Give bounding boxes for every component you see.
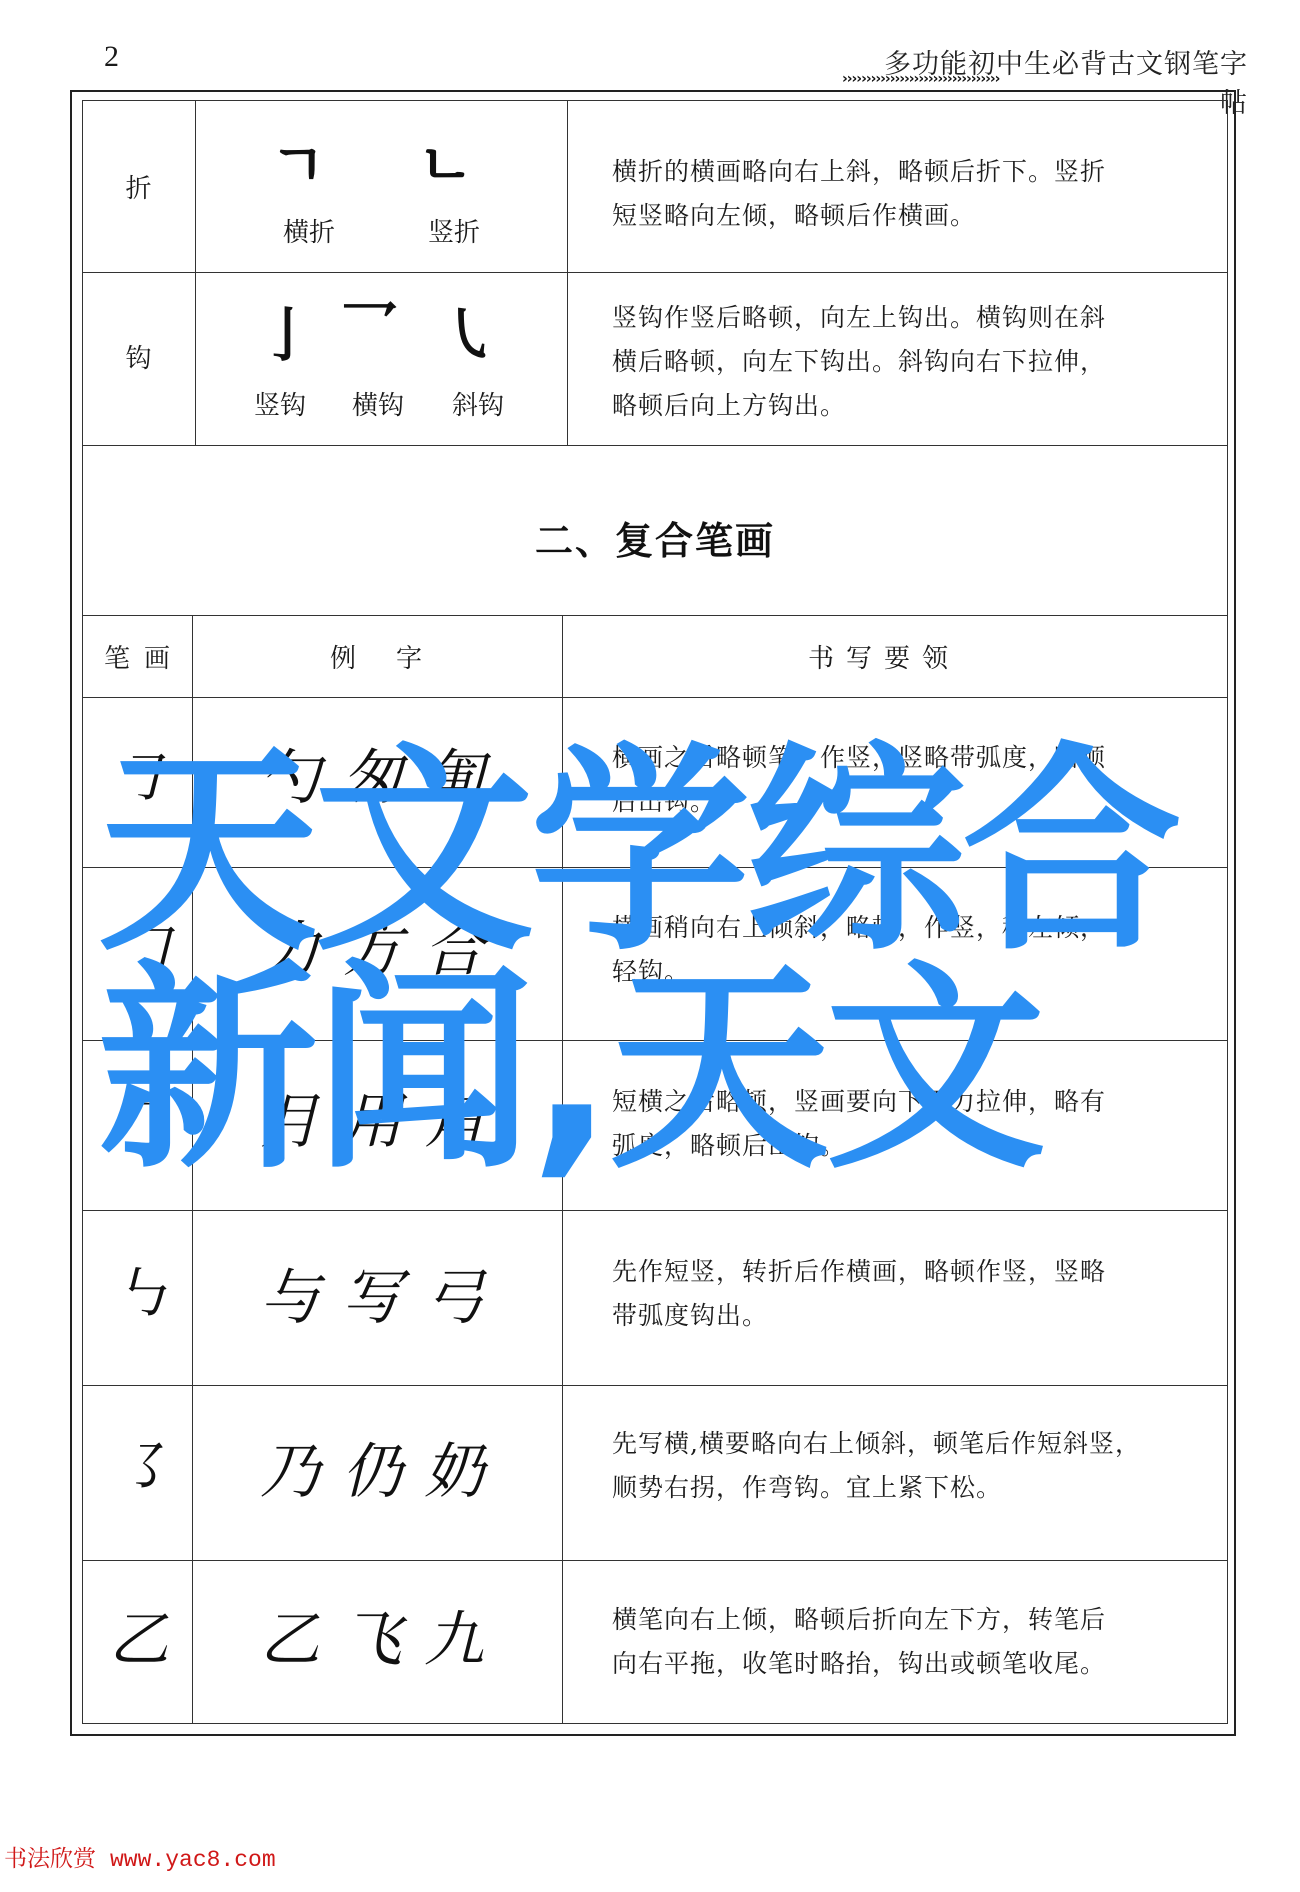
overlay-headline-line2: 新闻,天文 (98, 960, 1042, 1180)
watermark-url[interactable]: www.yac8.com (110, 1847, 276, 1873)
compound-stroke-glyph: ㇌ (82, 1420, 196, 1506)
example-characters: 乙飞九 (196, 1592, 570, 1678)
compound-stroke-glyph: 乙 (82, 1592, 196, 1678)
row-divider (82, 1385, 1228, 1386)
row-divider (82, 1210, 1228, 1211)
stroke-name: 斜钩 (452, 385, 504, 422)
watermark: 书法欣赏www.yac8.com (4, 1840, 276, 1873)
decorative-arrow-strip: ››››››››››››››››››››››››››››››››› (842, 72, 1242, 86)
example-characters: 乃仍奶 (196, 1424, 570, 1510)
column-header-examples: 例字 (330, 638, 462, 675)
row-divider (82, 1560, 1228, 1561)
stroke-name: 横折 (283, 212, 335, 249)
watermark-site-name: 书法欣赏 (4, 1846, 96, 1872)
stroke-sample-xiegou: ㇂ (440, 288, 498, 372)
stroke-sample-hengzhe: ㄱ (270, 118, 326, 202)
compound-stroke-glyph: ㇉ (82, 1246, 196, 1332)
writing-tip: 横笔向右上倾，略顿后折向左下方，转笔后 向右平拖，收笔时略抬，钩出或顿笔收尾。 (612, 1598, 1192, 1686)
column-header-stroke: 笔画 (104, 638, 184, 675)
row-divider (82, 615, 1228, 616)
column-header-tips: 书写要领 (808, 638, 960, 675)
stroke-sample-shugou: 亅 (258, 288, 316, 372)
writing-tip: 先写横,横要略向右上倾斜，顿笔后作短斜竖， 顺势右拐，作弯钩。宜上紧下松。 (612, 1422, 1192, 1510)
page-number: 2 (104, 40, 119, 74)
stroke-category-label: 折 (82, 168, 195, 205)
stroke-name: 横钩 (352, 385, 404, 422)
writing-tip: 竖钩作竖后略顿，向左上钩出。横钩则在斜 横后略顿，向左下钩出。斜钩向右下拉伸， … (612, 296, 1192, 428)
stroke-sample-henggou: 乛 (340, 282, 398, 366)
stroke-category-label: 钩 (82, 338, 195, 375)
row-divider (82, 697, 1228, 698)
overlay-headline-line1: 天文学综合 (98, 742, 1178, 962)
stroke-name: 竖钩 (254, 385, 306, 422)
row-divider (82, 445, 1228, 446)
stroke-sample-shuzhe: ㄴ (418, 118, 474, 202)
writing-tip: 横折的横画略向右上斜，略顿后折下。竖折 短竖略向左倾，略顿后作横画。 (612, 150, 1192, 238)
stroke-name: 竖折 (428, 212, 480, 249)
row-divider (82, 272, 1228, 273)
column-divider (567, 100, 568, 445)
column-divider (195, 100, 196, 445)
writing-tip: 先作短竖，转折后作横画，略顿作竖，竖略 带弧度钩出。 (612, 1250, 1192, 1338)
example-characters: 与写弓 (196, 1250, 570, 1336)
section-title: 二、复合笔画 (82, 510, 1228, 565)
